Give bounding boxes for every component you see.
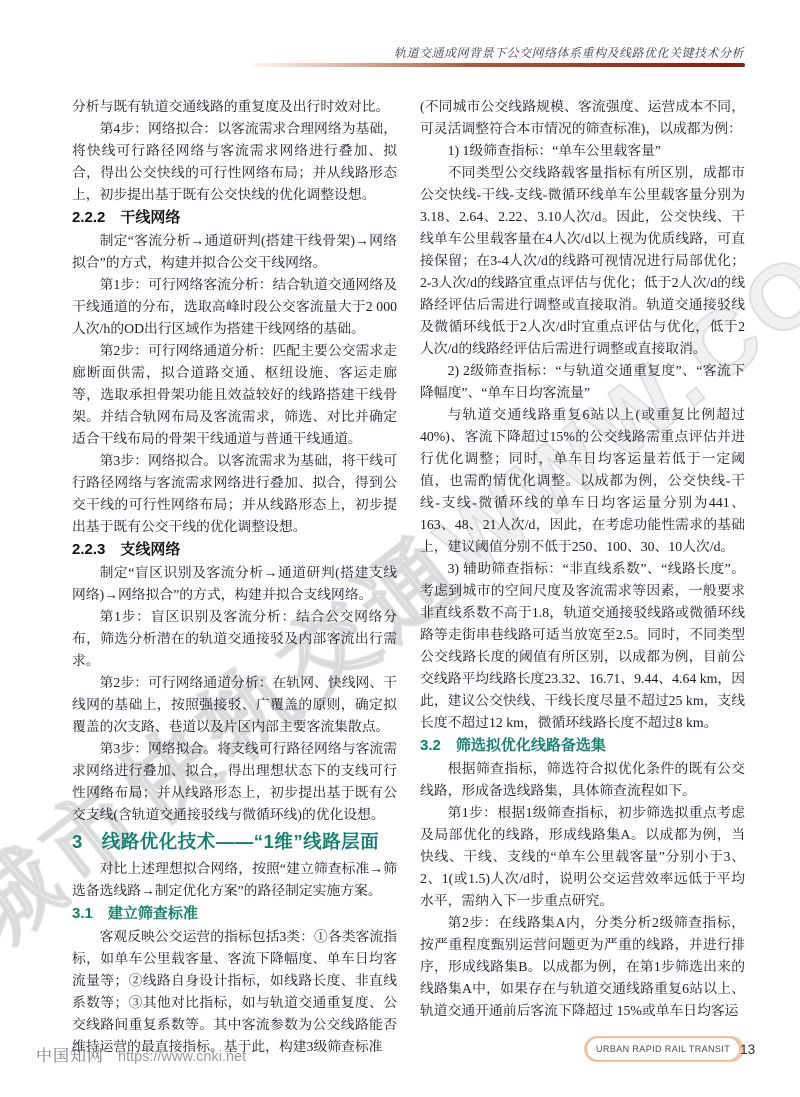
paragraph: 第1步：盲区识别及客流分析：结合公交网络分布，筛选分析潜在的轨道交通接驳及内部客… — [72, 606, 397, 672]
journal-name-en: URBAN RAPID RAIL TRANSIT — [586, 1037, 740, 1061]
page-body: 分析与既有轨道交通线路的重复度及出行时效对比。 第4步：网络拟合：以客流需求合理… — [72, 96, 745, 1058]
paragraph: 根据筛查指标，筛选符合拟优化条件的既有公交线路，形成备选线路集，具体筛查流程如下… — [420, 758, 745, 802]
paragraph: 对比上述理想拟合网络，按照“建立筛查标准→筛选备选线路→制定优化方案”的路径制定… — [72, 858, 397, 902]
page-number: 13 — [740, 1042, 755, 1057]
paragraph: 第1步：可行网络客流分析：结合轨道交通网络及干线通道的分布，选取高峰时段公交客流… — [72, 274, 397, 340]
paragraph: 不同类型公交线路载客量指标有所区别，成都市公交快线-干线-支线-微循环线单车公里… — [420, 162, 745, 360]
cnki-site-url: https://www.cnki.net — [118, 1049, 246, 1065]
paragraph: 第2步：可行网络通道分析：匹配主要公交需求走廊断面供需，拟合道路交通、枢纽设施、… — [72, 340, 397, 450]
paragraph: 第3步：网络拟合。将支线可行路径网络与客流需求网络进行叠加、拟合，得出理想状态下… — [72, 738, 397, 826]
paragraph: 第2步：可行网络通道分析：在轨网、快线网、干线网的基础上，按照强接驳、广覆盖的原… — [72, 672, 397, 738]
paragraph: 制定“盲区识别及客流分析→通道研判(搭建支线网络)→网络拟合”的方式，构建并拟合… — [72, 562, 397, 606]
paragraph: 制定“客流分析→通道研判(搭建干线骨架)→网络拟合”的方式，构建并拟合公交干线网… — [72, 230, 397, 274]
running-title: 轨道交通成网背景下公交网络体系重构及线路优化关键技术分析 — [394, 44, 744, 61]
section-heading-3-1: 3.1 建立筛查标准 — [72, 902, 397, 926]
section-heading-2-2-3: 2.2.3 支线网络 — [72, 538, 397, 562]
column-right: (不同城市公交线路规模、客流强度、运营成本不同，可灵活调整符合本市情况的筛查标准… — [420, 96, 745, 1058]
paragraph: 1) 1级筛查指标：“单车公里载客量” — [420, 140, 745, 162]
paragraph: 3) 辅助筛查指标：“非直线系数”、“线路长度”。考虑到城市的空间尺度及客流需求… — [420, 558, 745, 734]
section-heading-3-2: 3.2 筛选拟优化线路备选集 — [420, 734, 745, 758]
paragraph: 第4步：网络拟合：以客流需求合理网络为基础，将快线可行路径网络与客流需求网络进行… — [72, 118, 397, 206]
section-heading-3: 3 线路优化技术——“1维”线路层面 — [72, 826, 397, 858]
paragraph: 第2步：在线路集A内，分类分析2级筛查指标，按严重程度甄别运营问题更为严重的线路… — [420, 912, 745, 1022]
column-left: 分析与既有轨道交通线路的重复度及出行时效对比。 第4步：网络拟合：以客流需求合理… — [72, 96, 397, 1058]
journal-page-badge: URBAN RAPID RAIL TRANSIT 13 — [584, 1036, 744, 1062]
paragraph: 客观反映公交运营的指标包括3类：①各类客流指标，如单车公里载客量、客流下降幅度、… — [72, 926, 397, 1058]
section-heading-2-2-2: 2.2.2 干线网络 — [72, 206, 397, 230]
paragraph: 第3步：网络拟合。以客流需求为基础，将干线可行路径网络与客流需求网络进行叠加、拟… — [72, 450, 397, 538]
paragraph: 分析与既有轨道交通线路的重复度及出行时效对比。 — [72, 96, 397, 118]
paragraph: 2) 2级筛查指标：“与轨道交通重复度”、“客流下降幅度”、“单车日均客流量” — [420, 360, 745, 404]
paragraph: (不同城市公交线路规模、客流强度、运营成本不同，可灵活调整符合本市情况的筛查标准… — [420, 96, 745, 140]
paragraph: 第1步：根据1级筛查指标，初步筛选拟重点考虑及局部优化的线路，形成线路集A。以成… — [420, 802, 745, 912]
paragraph: 与轨道交通线路重复6站以上(或重复比例超过40%)、客流下降超过15%的公交线路… — [420, 404, 745, 558]
footer: 中国知网 https://www.cnki.net — [36, 1043, 246, 1066]
header-rule — [250, 63, 745, 67]
cnki-site-name: 中国知网 — [36, 1043, 104, 1066]
